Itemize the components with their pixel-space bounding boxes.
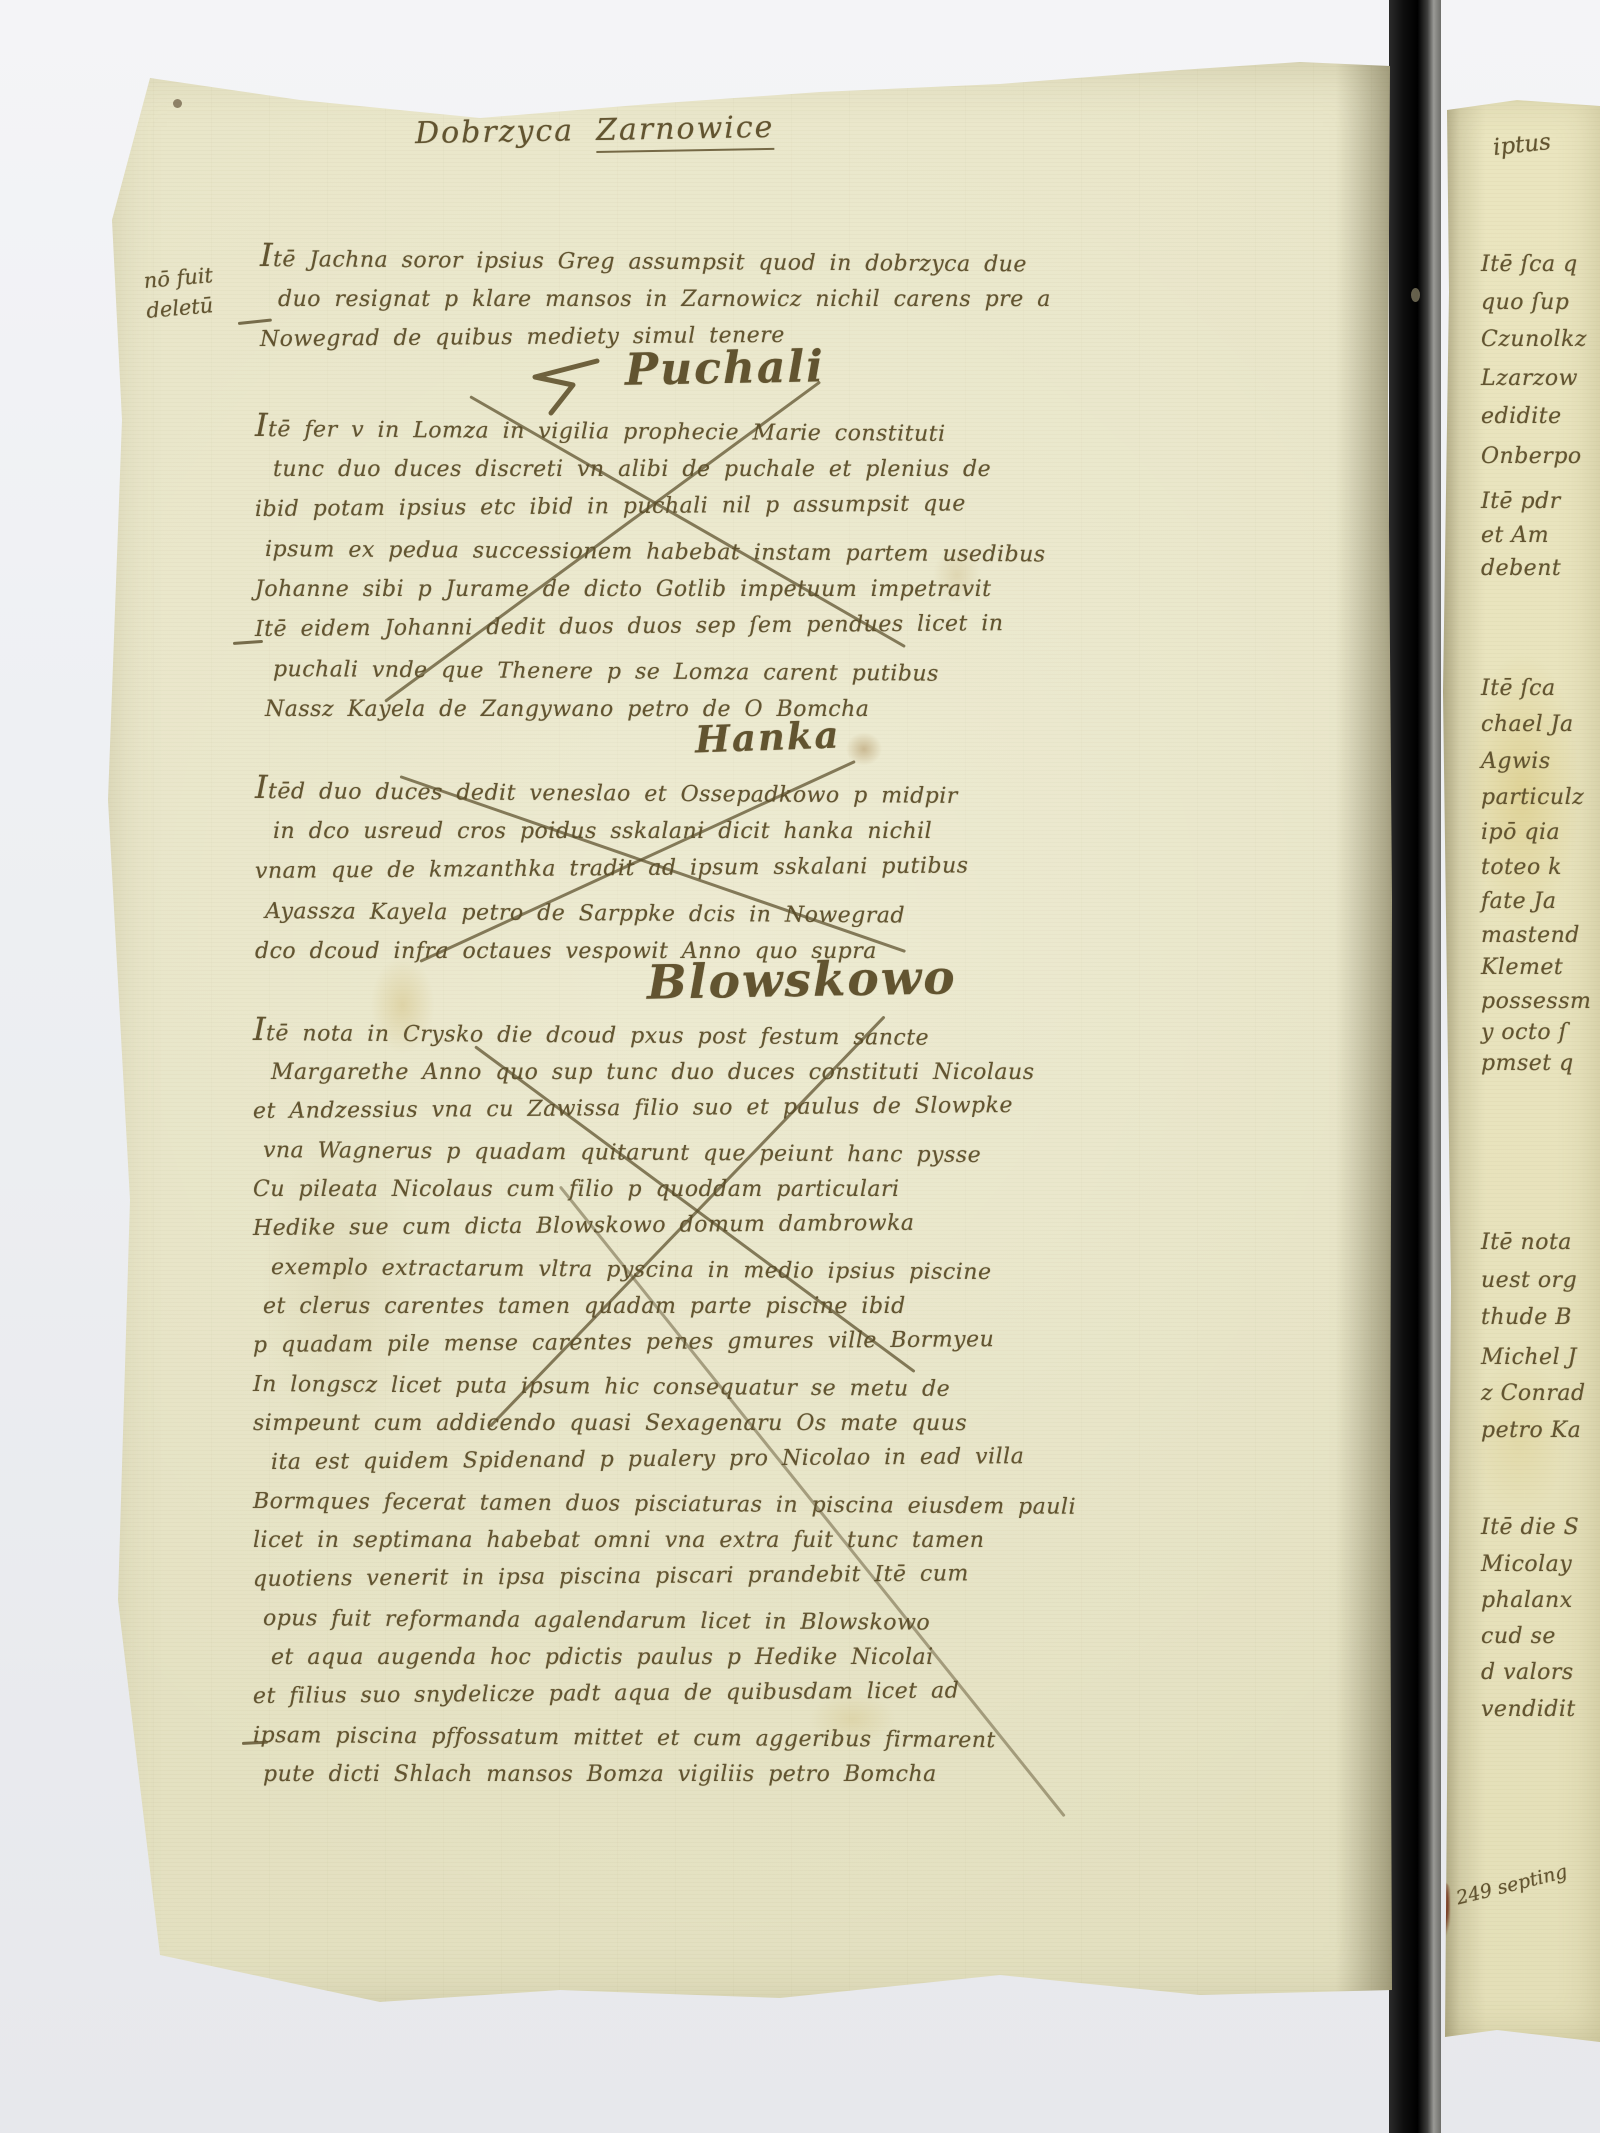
photo-backdrop: DobrzycaZarnowice nō fuit deletū Itē Jac… (0, 0, 1600, 2133)
text-fragment: petro Ka (1481, 1418, 1581, 1443)
section-heading-blowskowo: Blowskowo (647, 950, 957, 1010)
ink-speck (173, 99, 182, 108)
text-line: p quadam pile mense carentes penes gmure… (253, 1320, 1073, 1365)
book-binding-rod (1389, 0, 1441, 2133)
text-fragment: Micolay (1481, 1552, 1572, 1577)
gutter-shadow (1325, 55, 1395, 2015)
text-fragment: mastend (1481, 923, 1580, 948)
text-line: Nassz Kayela de Zangywano petro de O Bom… (265, 690, 1055, 730)
text-line: Ayassza Kayela petro de Sarppke dcis in … (265, 892, 1055, 938)
text-fragment: vendidit (1481, 1697, 1576, 1722)
text-line: exemplo extractarum vltra pyscina in med… (271, 1248, 1073, 1293)
text-line: ita est quidem Spidenand p pualery pro N… (271, 1437, 1073, 1482)
entry-paragraph: Itē Jachna soror ipsius Greg assumpsit q… (260, 235, 1040, 360)
entry-paragraph: Itēd duo duces dedit veneslao et Ossepad… (255, 767, 1055, 972)
corner-note: 249 septing (1454, 1861, 1570, 1910)
text-fragment: Czunolkz (1481, 327, 1587, 352)
text-fragment: phalanx (1481, 1588, 1573, 1613)
text-line: quotiens venerit in ipsa piscina piscari… (253, 1554, 1073, 1599)
text-line: In longscz licet puta ipsum hic consequa… (253, 1365, 1073, 1410)
text-fragment: ipō qia (1481, 820, 1560, 845)
text-line: Itē eidem Johanni dedit duos duos sep ſe… (255, 604, 1055, 650)
text-fragment: Itē pdr (1481, 489, 1561, 514)
running-title: DobrzycaZarnowice (415, 110, 775, 151)
text-fragment: possessm (1481, 989, 1591, 1014)
text-fragment: Itē die S (1481, 1515, 1579, 1540)
text-fragment: chael Ja (1481, 712, 1574, 737)
text-fragment: Klemet (1481, 955, 1563, 980)
text-fragment: particulz (1481, 785, 1584, 810)
text-line: ipsum ex pedua successionem habebat inst… (265, 530, 1055, 576)
text-line: Bormques fecerat tamen duos pisciaturas … (253, 1482, 1073, 1527)
text-line: opus fuit reformanda agalendarum licet i… (263, 1599, 1073, 1644)
text-fragment: toteo k (1481, 855, 1562, 880)
text-fragment: Itē ſca q (1481, 252, 1578, 277)
manuscript-left-page: DobrzycaZarnowice nō fuit deletū Itē Jac… (95, 55, 1395, 2015)
text-fragment: uest org (1481, 1268, 1577, 1293)
text-fragment: edidite (1481, 404, 1562, 429)
text-line: puchali vnde que Thenere p se Lomza care… (273, 650, 1055, 695)
text-fragment: Itē nota (1481, 1230, 1572, 1255)
running-title-word2: Zarnowice (596, 110, 775, 153)
text-fragment: Onberpo (1481, 444, 1582, 469)
text-fragment: pmset q (1481, 1051, 1574, 1076)
manuscript-right-page: iptus Itē ſca qquo ſupCzunolkzLzarzowedi… (1437, 92, 1600, 2042)
text-fragment: Michel J (1481, 1345, 1577, 1370)
text-line: et filius suo snydelicze padt aqua de qu… (253, 1671, 1073, 1716)
margin-note: nō fuit deletū (143, 260, 217, 326)
text-fragment: thude B (1481, 1305, 1572, 1330)
text-fragment: quo ſup (1481, 290, 1569, 315)
text-fragment: debent (1481, 556, 1561, 581)
text-line: Itē Jachna soror ipsius Greg assumpsit q… (260, 235, 1040, 285)
text-line: Hedike sue cum dicta Blowskowo domum dam… (253, 1203, 1073, 1248)
section-heading-puchali: Puchali (625, 341, 826, 395)
entry-paragraph: Itē fer v in Lomza in vigilia prophecie … (255, 405, 1055, 730)
text-line: et Andzessius vna cu Zawissa filio suo e… (253, 1086, 1073, 1131)
text-line: ipsam piscina pffossatum mittet et cum a… (253, 1716, 1073, 1761)
text-fragment: fate Ja (1481, 889, 1557, 914)
text-line: ibid potam ipsius etc ibid in puchali ni… (255, 484, 1055, 530)
text-fragment: Itē ſca (1481, 676, 1556, 701)
text-fragment: z Conrad (1481, 1381, 1586, 1406)
text-fragment: et Am (1481, 523, 1549, 548)
text-line: vna Wagnerus p quadam quitarunt que peiu… (263, 1131, 1073, 1176)
rod-blemish (1411, 288, 1420, 302)
margin-note-line: deletū (145, 290, 217, 326)
text-fragment: Agwis (1481, 749, 1551, 774)
text-fragment: y octo ſ (1481, 1020, 1567, 1045)
text-line: Itē fer v in Lomza in vigilia prophecie … (255, 405, 1055, 456)
text-line: pute dicti Shlach mansos Bomza vigiliis … (263, 1755, 1073, 1794)
text-line: Itēd duo duces dedit veneslao et Ossepad… (255, 767, 1055, 818)
text-fragment: cud se (1481, 1624, 1556, 1649)
text-fragment: Lzarzow (1481, 366, 1578, 391)
text-fragment: d valors (1481, 1660, 1574, 1685)
text-line: Itē nota in Crysko die dcoud pxus post f… (253, 1010, 1073, 1059)
running-title-word1: Dobrzyca (415, 113, 575, 151)
right-page-top-word: iptus (1492, 129, 1552, 161)
section-heading-hanka: Hanka (694, 712, 841, 761)
